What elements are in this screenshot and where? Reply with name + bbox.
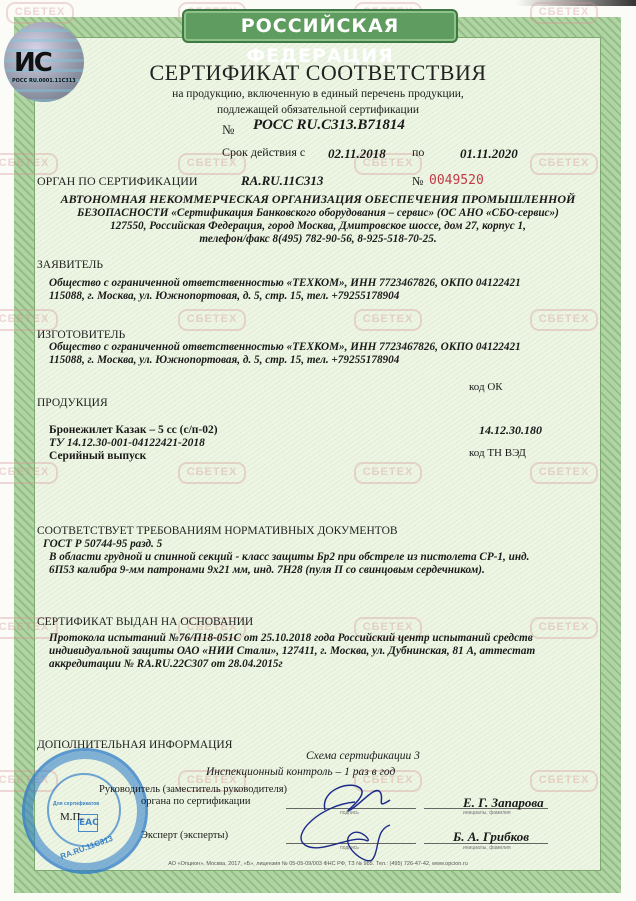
- document-title: СЕРТИФИКАТ СООТВЕТСТВИЯ: [0, 60, 636, 86]
- certification-body-code: RA.RU.11С313: [241, 173, 323, 189]
- applicant-line: 115088, г. Москва, ул. Южнопортовая, д. …: [49, 290, 399, 303]
- certification-body-stamp: Для сертификатов RA.RU.11С313 ЕАС: [22, 748, 148, 874]
- printer-info: АО «Опцион», Москва, 2017, «Б», лицензия…: [0, 861, 636, 867]
- basis-line: индивидуальной защиты ОАО «НИИ Стали», 1…: [49, 645, 535, 658]
- compliance-label: СООТВЕТСТВУЕТ ТРЕБОВАНИЯМ НОРМАТИВНЫХ ДО…: [37, 525, 398, 537]
- blank-number-sign: №: [412, 174, 423, 189]
- watermark: СБЕТЕХ: [354, 309, 422, 331]
- watermark: СБЕТЕХ: [0, 309, 58, 331]
- head-label-line-2: органа по сертификации: [141, 796, 251, 807]
- validity-from: 02.11.2018: [328, 146, 386, 162]
- compliance-line: 6П53 калибра 9-мм патронами 9х21 мм, инд…: [49, 564, 485, 577]
- validity-to: 01.11.2020: [460, 146, 518, 162]
- country-banner: РОССИЙСКАЯ ФЕДЕРАЦИЯ: [182, 9, 458, 43]
- watermark: СБЕТЕХ: [354, 462, 422, 484]
- handwritten-signature-icon: [280, 780, 430, 870]
- product-name: Бронежилет Казак – 5 сс (с/п-02): [49, 424, 218, 436]
- subtitle-line-1: на продукцию, включенную в единый перече…: [0, 88, 636, 100]
- product-spec: ТУ 14.12.30-001-04122421-2018: [49, 437, 205, 449]
- watermark: СБЕТЕХ: [530, 770, 598, 792]
- seal-label: М.П.: [60, 811, 83, 823]
- head-label-line-1: Руководитель (заместитель руководителя): [99, 784, 287, 795]
- manufacturer-line: Общество с ограниченной ответственностью…: [49, 341, 521, 354]
- manufacturer-line: 115088, г. Москва, ул. Южнопортовая, д. …: [49, 354, 399, 367]
- product-release: Серийный выпуск: [49, 450, 146, 462]
- okp-code-label: код ОК: [469, 381, 503, 393]
- number-sign: №: [222, 122, 234, 138]
- compliance-line: В области грудной и спинной секций - кла…: [49, 551, 529, 564]
- certification-body-line: 127550, Российская Федерация, город Моск…: [0, 220, 636, 233]
- head-name: Е. Г. Запарова: [463, 795, 544, 811]
- name-caption: инициалы, фамилия: [463, 845, 511, 851]
- certification-body-line: телефон/факс 8(495) 782-90-56, 8-925-518…: [0, 233, 636, 246]
- inspection-control: Инспекционный контроль – 1 раз в год: [206, 766, 395, 778]
- watermark: СБЕТЕХ: [178, 462, 246, 484]
- watermark: СБЕТЕХ: [0, 153, 58, 175]
- product-label: ПРОДУКЦИЯ: [37, 397, 108, 409]
- certificate-number: РОСС RU.С313.В71814: [253, 117, 405, 134]
- name-caption: инициалы, фамилия: [463, 810, 511, 816]
- okp-code: 14.12.30.180: [479, 423, 542, 438]
- certification-body-line: БЕЗОПАСНОСТИ «Сертификация Банковского о…: [0, 207, 636, 220]
- validity-label: Срок действия с: [222, 145, 305, 160]
- stamp-center-text: Для сертификатов: [53, 801, 99, 807]
- watermark: СБЕТЕХ: [6, 2, 74, 24]
- additional-info-label: ДОПОЛНИТЕЛЬНАЯ ИНФОРМАЦИЯ: [37, 739, 232, 751]
- certification-body-label: ОРГАН ПО СЕРТИФИКАЦИИ: [37, 174, 198, 189]
- watermark: СБЕТЕХ: [530, 2, 598, 24]
- watermark: СБЕТЕХ: [178, 309, 246, 331]
- watermark: СБЕТЕХ: [530, 153, 598, 175]
- applicant-label: ЗАЯВИТЕЛЬ: [37, 259, 103, 271]
- manufacturer-label: ИЗГОТОВИТЕЛЬ: [37, 329, 125, 341]
- basis-line: аккредитации № RA.RU.22С307 от 28.04.201…: [49, 658, 283, 671]
- expert-name: Б. А. Грибков: [453, 829, 529, 845]
- watermark: СБЕТЕХ: [530, 309, 598, 331]
- basis-label: СЕРТИФИКАТ ВЫДАН НА ОСНОВАНИИ: [37, 616, 253, 628]
- validity-to-label: по: [412, 145, 424, 160]
- compliance-line: ГОСТ Р 50744-95 разд. 5: [43, 538, 162, 551]
- certification-body-line: АВТОНОМНАЯ НЕКОММЕРЧЕСКАЯ ОРГАНИЗАЦИЯ ОБ…: [0, 193, 636, 206]
- subtitle-line-2: подлежащей обязательной сертификации: [0, 104, 636, 116]
- certification-scheme: Схема сертификации 3: [306, 750, 420, 762]
- blank-number: 0049520: [429, 173, 484, 188]
- watermark: СБЕТЕХ: [0, 462, 58, 484]
- applicant-line: Общество с ограниченной ответственностью…: [49, 277, 521, 290]
- expert-label: Эксперт (эксперты): [141, 830, 228, 841]
- watermark: СБЕТЕХ: [530, 617, 598, 639]
- tnved-code-label: код ТН ВЭД: [469, 447, 526, 459]
- watermark: СБЕТЕХ: [530, 462, 598, 484]
- basis-line: Протокола испытаний №76/П18-051С от 25.1…: [49, 632, 533, 645]
